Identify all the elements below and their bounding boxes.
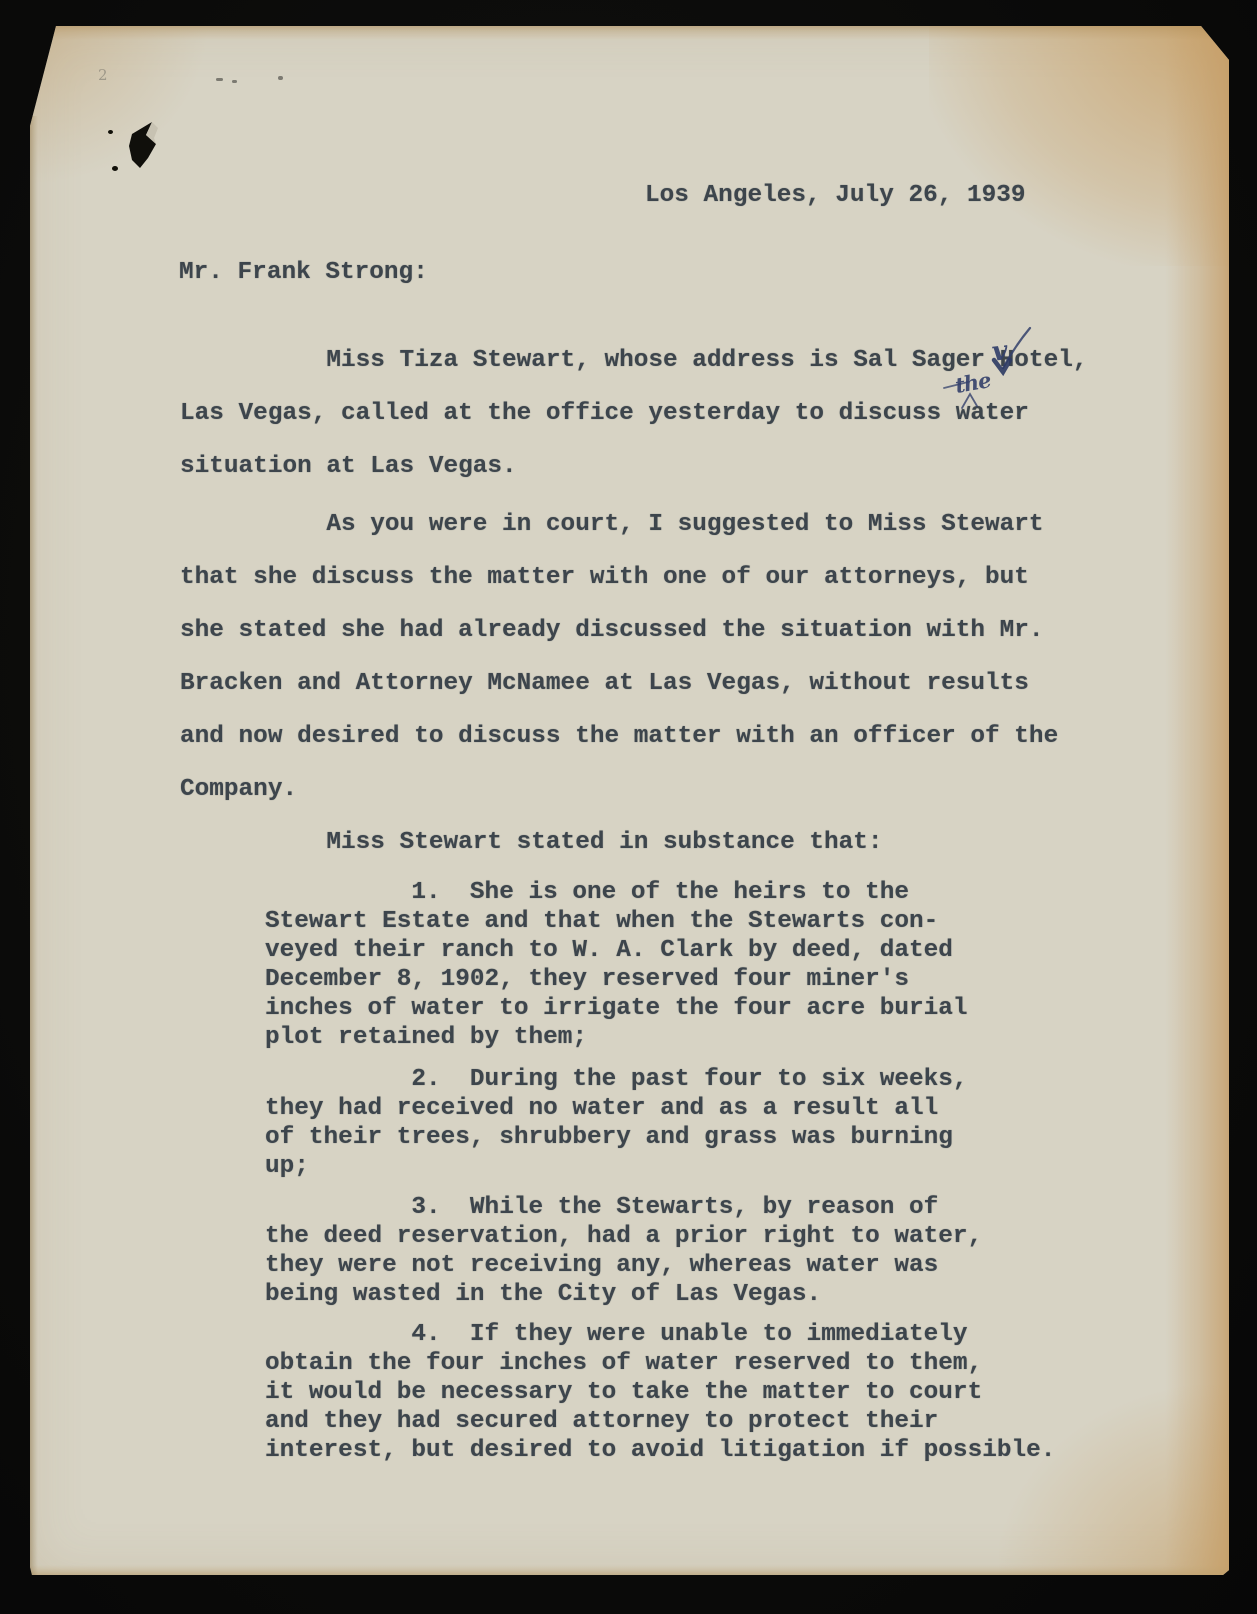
numbered-item-2: 2. During the past four to six weeks, th…	[265, 1065, 968, 1181]
dateline: Los Angeles, July 26, 1939	[645, 183, 1026, 208]
numbered-item-3: 3. While the Stewarts, by reason of the …	[265, 1193, 982, 1309]
paper-speck-dot	[108, 130, 113, 134]
paper-speck-dot	[112, 166, 118, 171]
paper-speck	[232, 80, 237, 83]
numbered-item-4: 4. If they were unable to immediately ob…	[265, 1320, 1055, 1465]
handwritten-correction-mark: v	[990, 335, 1009, 367]
aged-edge-left	[30, 116, 38, 1575]
pen-stroke-marks	[930, 316, 1100, 426]
salutation: Mr. Frank Strong:	[179, 260, 428, 285]
paper-speck	[278, 76, 283, 80]
paper-hole	[118, 118, 166, 174]
faint-pencil-mark: 2	[98, 66, 108, 84]
aged-edge-right	[1165, 26, 1229, 1575]
paper-speck	[216, 78, 223, 81]
letter-paper: 2 Los Angeles, July 26, 1939 Mr. Frank S…	[30, 26, 1229, 1575]
aged-edge-top-right	[929, 26, 1229, 266]
substance-intro-line: Miss Stewart stated in substance that:	[180, 830, 883, 855]
scanned-letter-page: { "scan": { "background_color": "#0b0b0a…	[0, 0, 1257, 1614]
aged-edge-top	[30, 26, 1229, 40]
paragraph-2: As you were in court, I suggested to Mis…	[180, 498, 1058, 816]
aged-edge-bottom	[30, 1565, 1229, 1575]
numbered-item-1: 1. She is one of the heirs to the Stewar…	[265, 878, 968, 1052]
